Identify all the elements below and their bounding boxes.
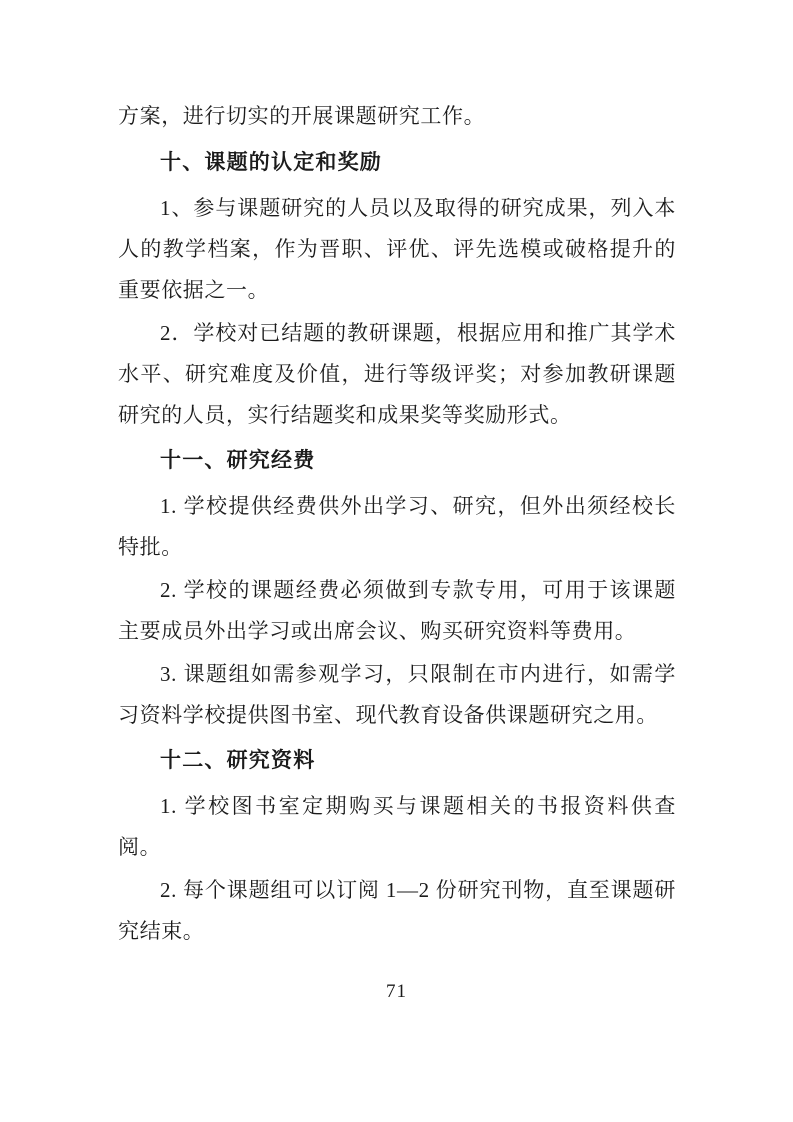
paragraph-eleven-1: 1. 学校提供经费供外出学习、研究，但外出须经校长特批。 [118,486,676,568]
paragraph-ten-1: 1、参与课题研究的人员以及取得的研究成果，列入本人的教学档案，作为晋职、评优、评… [118,188,676,311]
paragraph-twelve-1: 1. 学校图书室定期购买与课题相关的书报资料供查阅。 [118,786,676,868]
page-number: 71 [0,981,793,1003]
page-body: 方案，进行切实的开展课题研究工作。 十、课题的认定和奖励 1、参与课题研究的人员… [118,96,676,954]
document-page: 方案，进行切实的开展课题研究工作。 十、课题的认定和奖励 1、参与课题研究的人员… [0,0,793,1122]
heading-section-twelve: 十二、研究资料 [118,740,676,781]
paragraph-continuation: 方案，进行切实的开展课题研究工作。 [118,96,676,137]
paragraph-twelve-2: 2. 每个课题组可以订阅 1—2 份研究刊物，直至课题研究结束。 [118,870,676,952]
heading-section-eleven: 十一、研究经费 [118,440,676,481]
heading-section-ten: 十、课题的认定和奖励 [118,142,676,183]
paragraph-eleven-2: 2. 学校的课题经费必须做到专款专用，可用于该课题主要成员外出学习或出席会议、购… [118,570,676,652]
paragraph-eleven-3: 3. 课题组如需参观学习，只限制在市内进行，如需学习资料学校提供图书室、现代教育… [118,654,676,736]
paragraph-ten-2: 2．学校对已结题的教研课题，根据应用和推广其学术水平、研究难度及价值，进行等级评… [118,313,676,436]
